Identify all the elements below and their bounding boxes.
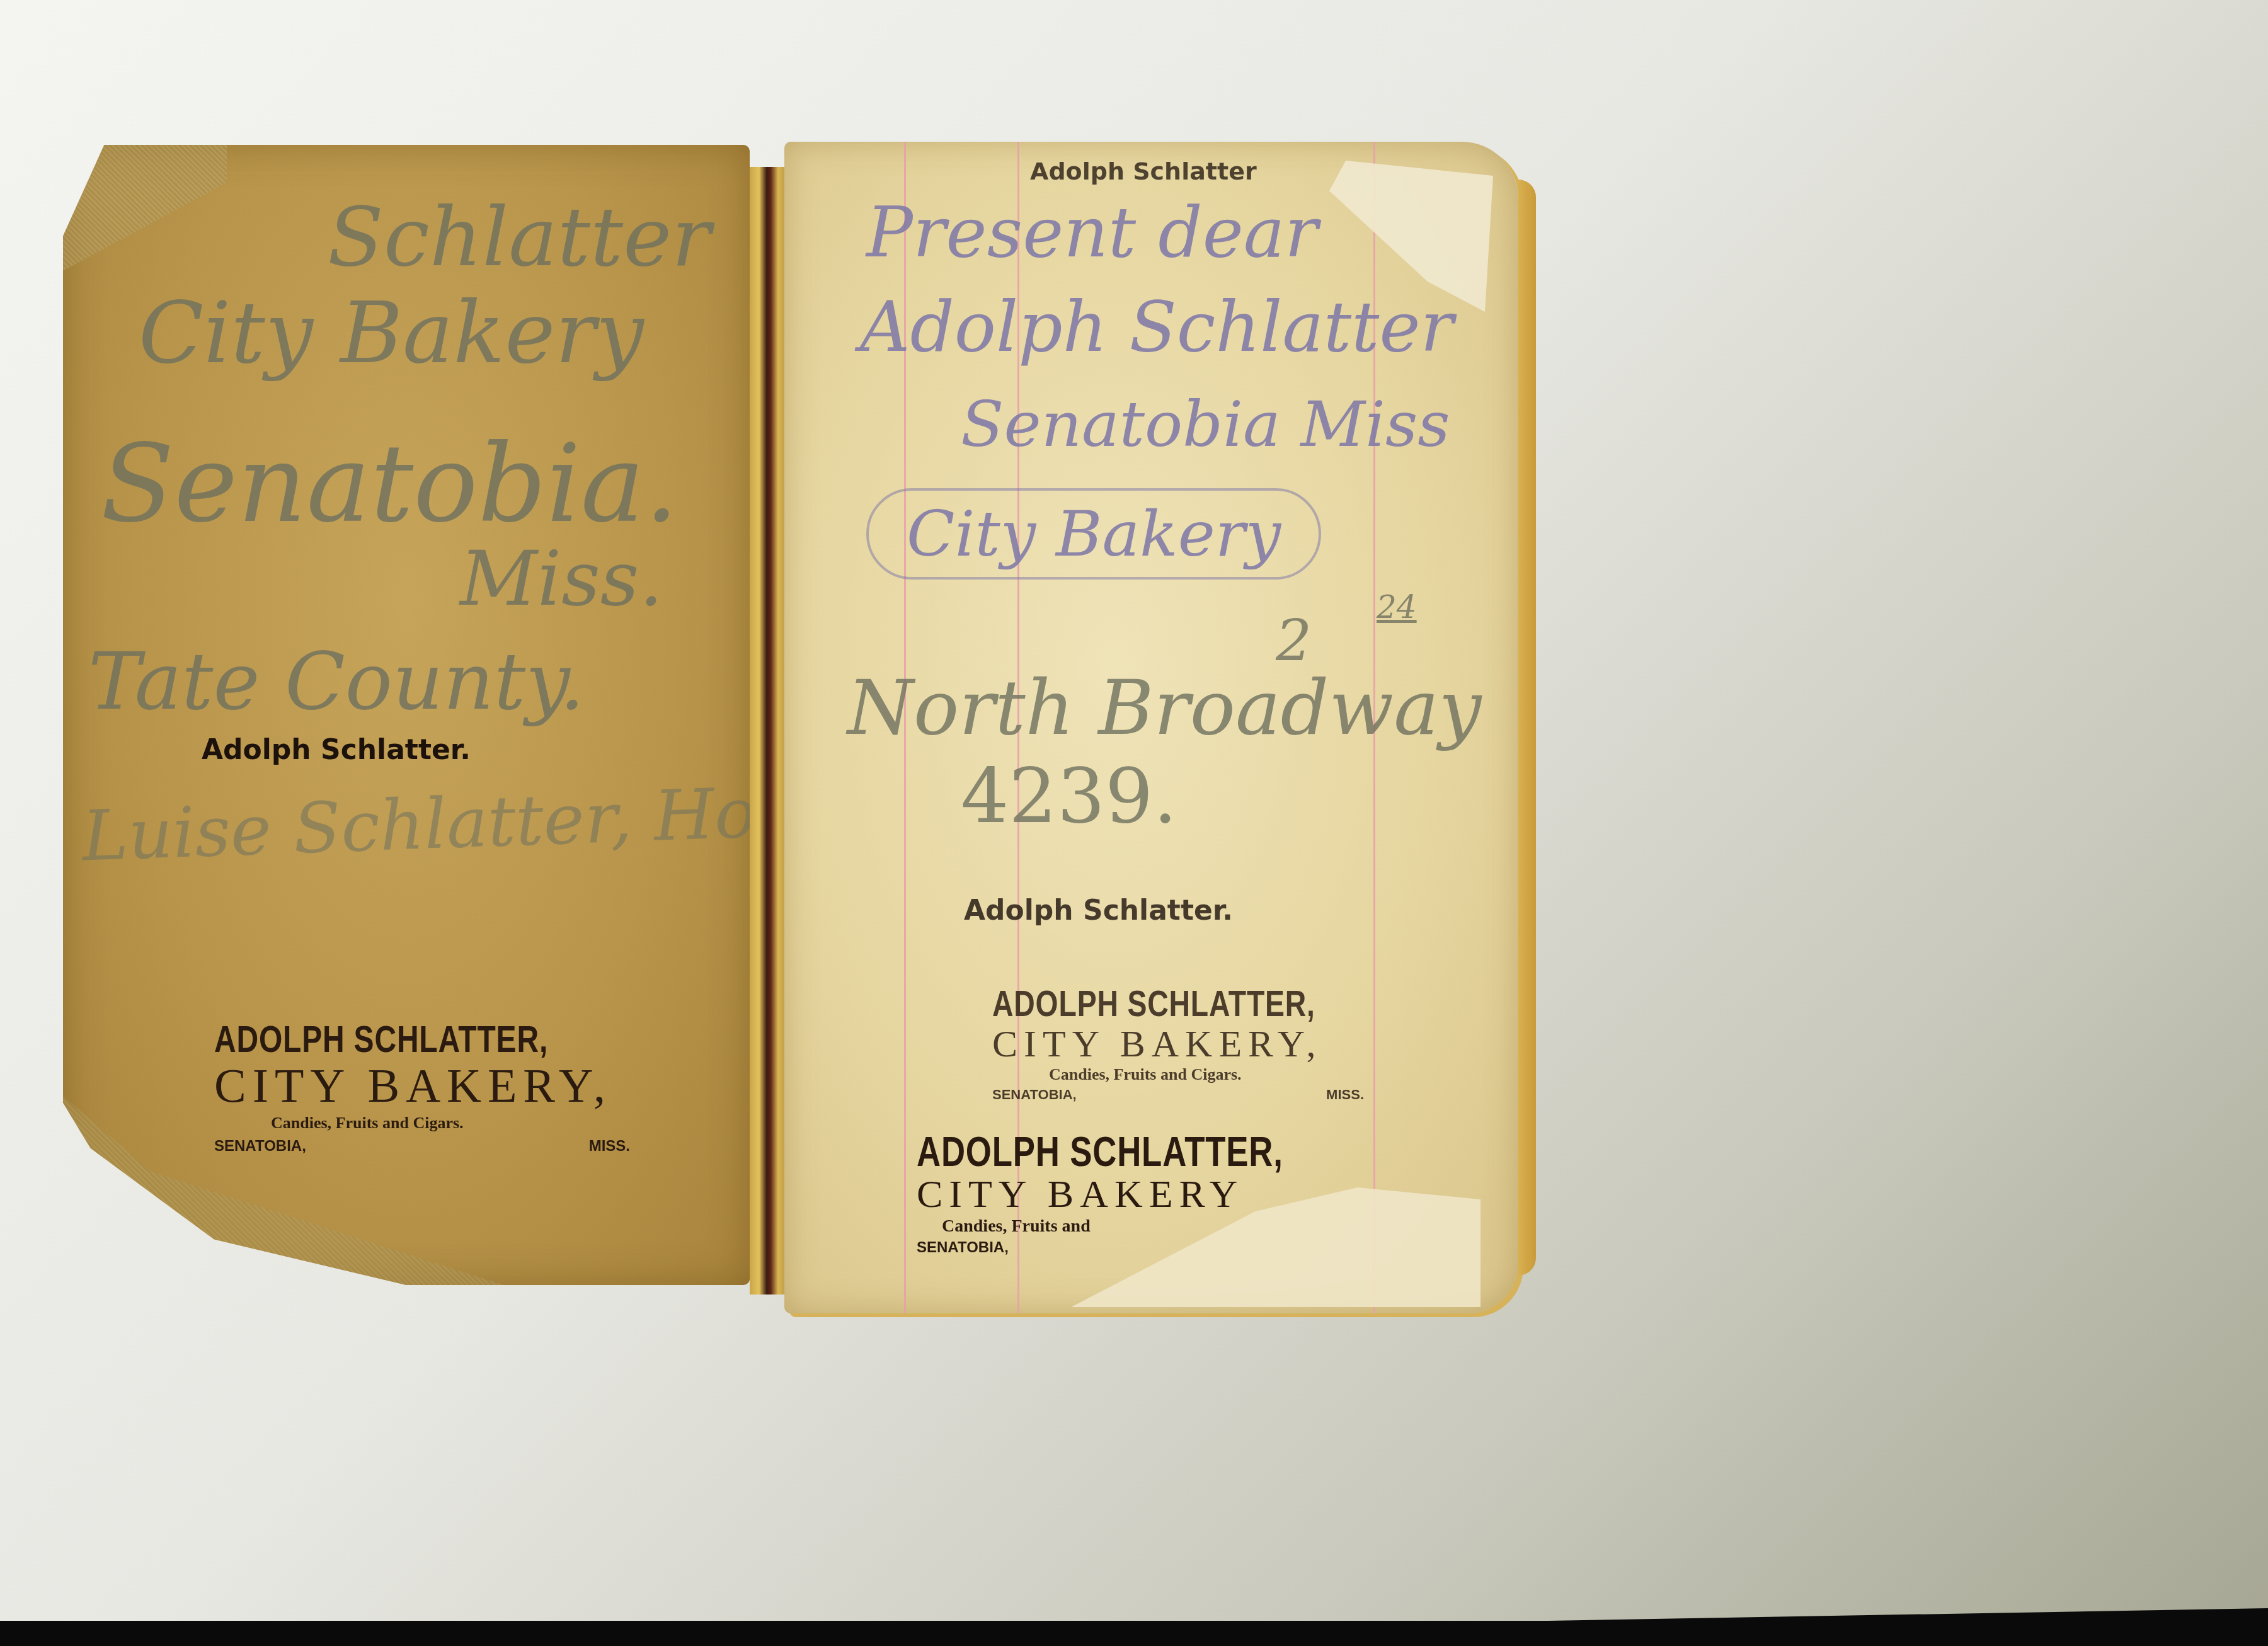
stamp-name: ADOLPH SCHLATTER, <box>214 1020 547 1058</box>
handwriting-line: Senatobia. <box>101 422 679 547</box>
stamp-name: ADOLPH SCHLATTER, <box>917 1131 1219 1172</box>
handwriting-line: City Bakery <box>139 283 644 382</box>
stamp-business: CITY BAKERY, <box>992 1025 1364 1063</box>
left-page-inside-cover: Schlatter City Bakery Senatobia. Miss. T… <box>63 145 750 1285</box>
stamp-goods: Candies, Fruits and Cigars. <box>992 1066 1364 1083</box>
handwriting-line: 4239. <box>961 753 1177 840</box>
stamp-business: CITY BAKERY <box>917 1175 1295 1214</box>
worn-cloth-corner <box>63 145 227 271</box>
stamp-business: CITY BAKERY, <box>214 1062 630 1110</box>
stamp-state: MISS. <box>1326 1088 1364 1102</box>
handwriting-line: Schlatter <box>328 189 711 285</box>
signature-stamp: Adolph Schlatter. <box>964 894 1233 927</box>
stamp-city: SENATOBIA, <box>214 1139 306 1154</box>
handwriting-line: Tate County. <box>88 636 585 728</box>
stamp-city: SENATOBIA, <box>992 1088 1077 1102</box>
stamp-goods: Candies, Fruits and Cigars. <box>214 1115 630 1131</box>
handwriting-line: Senatobia Miss <box>961 387 1450 461</box>
top-signature-stamp: Adolph Schlatter <box>1030 157 1257 185</box>
handwriting-line: City Bakery <box>866 488 1321 580</box>
stamp-name: ADOLPH SCHLATTER, <box>992 986 1290 1022</box>
business-stamp: ADOLPH SCHLATTER, CITY BAKERY, Candies, … <box>992 986 1364 1102</box>
handwriting-number: 24 <box>1377 589 1417 626</box>
handwriting-line: Present dear <box>866 192 1318 273</box>
book-spine <box>750 167 787 1295</box>
handwriting-line: Adolph Schlatter <box>860 287 1453 367</box>
signature-stamp: Adolph Schlatter. <box>202 734 471 766</box>
page-block-edge <box>1518 180 1536 1276</box>
stamp-city: SENATOBIA, <box>917 1240 1009 1255</box>
right-page-flyleaf: Adolph Schlatter Present dear Adolph Sch… <box>784 142 1518 1313</box>
business-stamp: ADOLPH SCHLATTER, CITY BAKERY, Candies, … <box>214 1020 630 1154</box>
handwriting-line: North Broadway <box>847 665 1481 752</box>
handwriting-line: Miss. <box>460 535 663 623</box>
stamp-state: MISS. <box>589 1139 630 1154</box>
